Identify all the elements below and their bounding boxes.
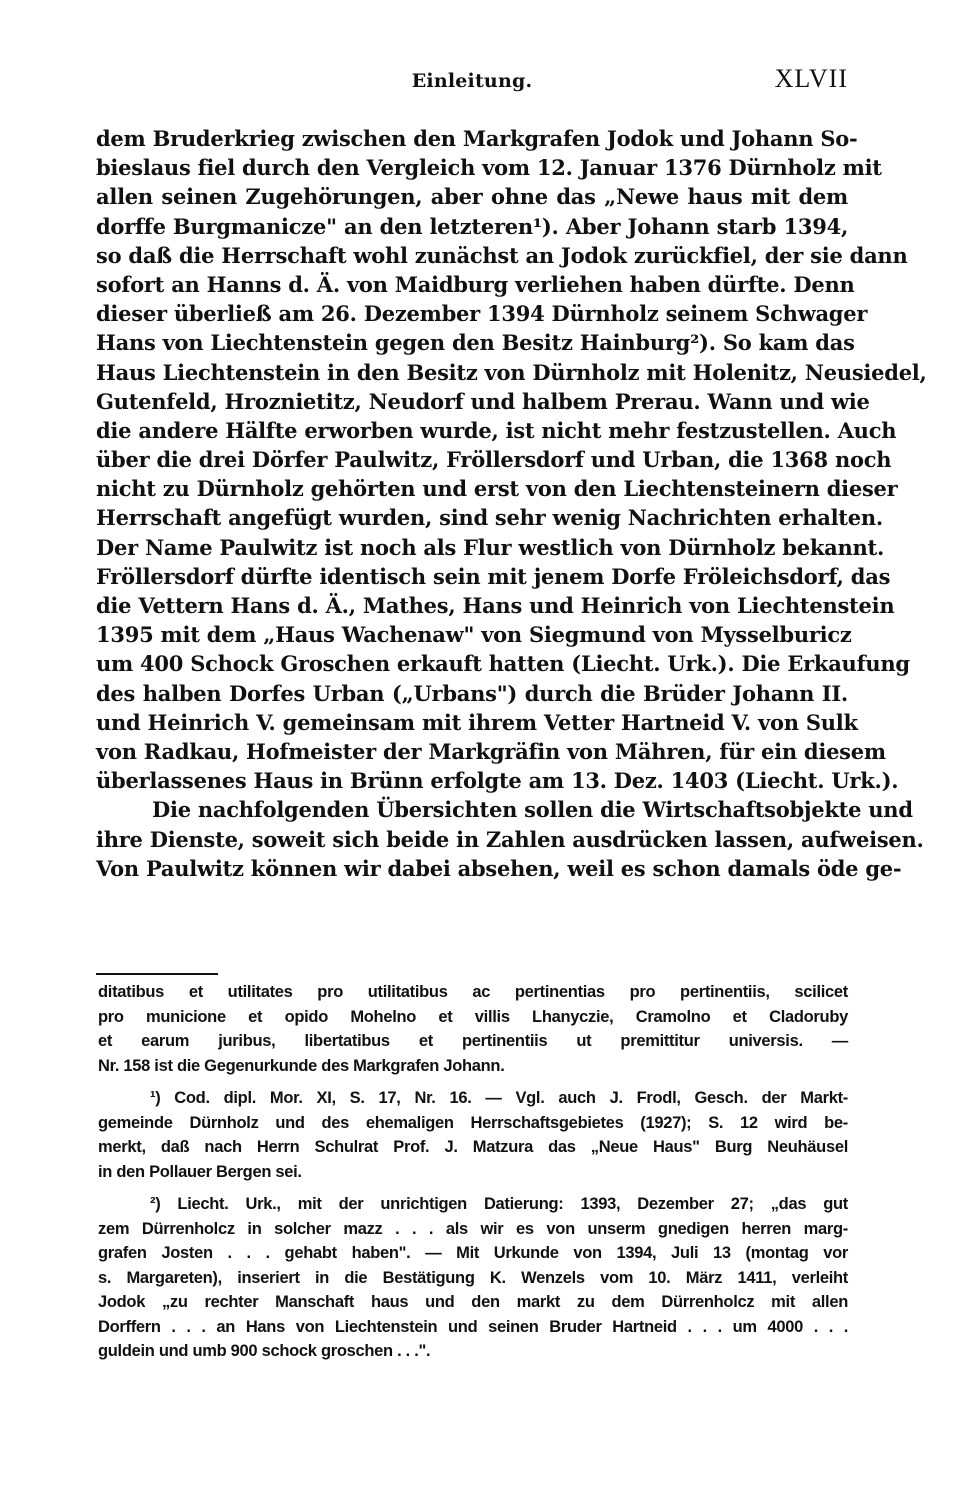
footnote-separator bbox=[96, 973, 218, 975]
text-line: die andere Hälfte erworben wurde, ist ni… bbox=[96, 416, 848, 445]
footnote-line: ²) Liecht. Urk., mit der unrichtigen Dat… bbox=[98, 1192, 848, 1217]
text-line: des halben Dorfes Urban („Urbans") durch… bbox=[96, 679, 848, 708]
text-line: überlassenes Haus in Brünn erfolgte am 1… bbox=[96, 766, 848, 795]
footnote-line: in den Pollauer Bergen sei. bbox=[98, 1160, 848, 1185]
footnote-line: gemeinde Dürnholz und des ehemaligen Her… bbox=[98, 1111, 848, 1136]
text-line: die Vettern Hans d. Ä., Mathes, Hans und… bbox=[96, 591, 848, 620]
footnote-line: zem Dürrenholcz in solcher mazz . . . al… bbox=[98, 1217, 848, 1242]
running-title: Einleitung. bbox=[96, 70, 848, 92]
text-line: Hans von Liechtenstein gegen den Besitz … bbox=[96, 328, 848, 357]
text-line: Gutenfeld, Hroznietitz, Neudorf und halb… bbox=[96, 387, 848, 416]
footnote-line: Jodok „zu rechter Manschaft haus und den… bbox=[98, 1290, 848, 1315]
text-line: dieser überließ am 26. Dezember 1394 Dür… bbox=[96, 299, 848, 328]
text-line: um 400 Schock Groschen erkauft hatten (L… bbox=[96, 649, 848, 678]
footnote-line: Dorffern . . . an Hans von Liechtenstein… bbox=[98, 1315, 848, 1340]
footnote-line: Nr. 158 ist die Gegenurkunde des Markgra… bbox=[98, 1054, 848, 1079]
footnote-line: et earum juribus, libertatibus et pertin… bbox=[98, 1029, 848, 1054]
text-line: dem Bruderkrieg zwischen den Markgrafen … bbox=[96, 124, 848, 153]
text-line: und Heinrich V. gemeinsam mit ihrem Vett… bbox=[96, 708, 848, 737]
footnote-continuation: ditatibus et utilitates pro utilitatibus… bbox=[98, 980, 848, 1078]
text-line: Fröllersdorf dürfte identisch sein mit j… bbox=[96, 562, 848, 591]
text-line: allen seinen Zugehörungen, aber ohne das… bbox=[96, 182, 848, 211]
footnotes: ditatibus et utilitates pro utilitatibus… bbox=[98, 980, 848, 1364]
text-line: ihre Dienste, soweit sich beide in Zahle… bbox=[96, 825, 848, 854]
page-number: XLVII bbox=[775, 64, 848, 94]
text-line: Der Name Paulwitz ist noch als Flur west… bbox=[96, 533, 848, 562]
text-line: Von Paulwitz können wir dabei absehen, w… bbox=[96, 854, 848, 883]
text-line: dorffe Burgmanicze" an den letzteren¹). … bbox=[96, 212, 848, 241]
footnote-line: pro municione et opido Mohelno et villis… bbox=[98, 1005, 848, 1030]
text-line: Herrschaft angefügt wurden, sind sehr we… bbox=[96, 503, 848, 532]
text-line: so daß die Herrschaft wohl zunächst an J… bbox=[96, 241, 848, 270]
text-line: bieslaus fiel durch den Vergleich vom 12… bbox=[96, 153, 848, 182]
text-line: von Radkau, Hofmeister der Markgräfin vo… bbox=[96, 737, 848, 766]
footnote-line: s. Margareten), inseriert in die Bestäti… bbox=[98, 1266, 848, 1291]
footnote-line: guldein und umb 900 schock groschen . . … bbox=[98, 1339, 848, 1364]
running-head: Einleitung. XLVII bbox=[96, 62, 848, 102]
text-line: Haus Liechtenstein in den Besitz von Dür… bbox=[96, 358, 848, 387]
book-page: Einleitung. XLVII dem Bruderkrieg zwisch… bbox=[0, 0, 960, 1490]
main-text: dem Bruderkrieg zwischen den Markgrafen … bbox=[96, 124, 848, 883]
text-line: sofort an Hanns d. Ä. von Maidburg verli… bbox=[96, 270, 848, 299]
text-line: nicht zu Dürnholz gehörten und erst von … bbox=[96, 474, 848, 503]
footnote-line: ditatibus et utilitates pro utilitatibus… bbox=[98, 980, 848, 1005]
text-line: über die drei Dörfer Paulwitz, Fröllersd… bbox=[96, 445, 848, 474]
footnote-1: ¹) Cod. dipl. Mor. XI, S. 17, Nr. 16. — … bbox=[98, 1086, 848, 1184]
footnote-line: merkt, daß nach Herrn Schulrat Prof. J. … bbox=[98, 1135, 848, 1160]
footnote-line: ¹) Cod. dipl. Mor. XI, S. 17, Nr. 16. — … bbox=[98, 1086, 848, 1111]
text-line: 1395 mit dem „Haus Wachenaw" von Siegmun… bbox=[96, 620, 848, 649]
footnote-line: grafen Josten . . . gehabt haben". — Mit… bbox=[98, 1241, 848, 1266]
footnote-2: ²) Liecht. Urk., mit der unrichtigen Dat… bbox=[98, 1192, 848, 1364]
paragraph-start-line: Die nachfolgenden Übersichten sollen die… bbox=[96, 795, 848, 824]
